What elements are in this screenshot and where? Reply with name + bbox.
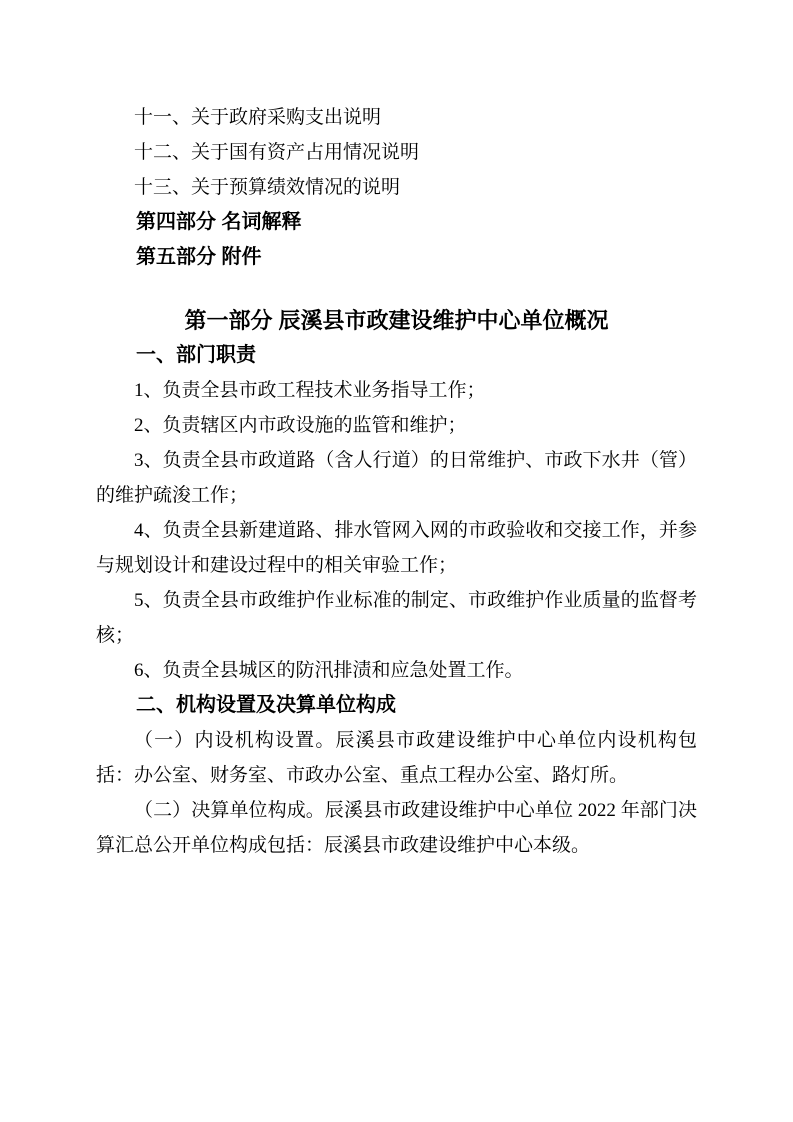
organization-section-heading: 二、机构设置及决算单位构成 (96, 688, 697, 723)
duty-item-5: 5、负责全县市政维护作业标准的制定、市政维护作业质量的监督考核； (96, 583, 697, 653)
duty-item-4: 4、负责全县新建道路、排水管网入网的市政验收和交接工作，并参与规划设计和建设过程… (96, 513, 697, 583)
organization-para-1: （一）内设机构设置。辰溪县市政建设维护中心单位内设机构包括：办公室、财务室、市政… (96, 723, 697, 793)
organization-para-2: （二）决算单位构成。辰溪县市政建设维护中心单位 2022 年部门决算汇总公开单位… (96, 793, 697, 863)
duty-item-6: 6、负责全县城区的防汛排渍和应急处置工作。 (96, 653, 697, 688)
toc-item-13: 十三、关于预算绩效情况的说明 (96, 170, 697, 205)
part-one-title: 第一部分 辰溪县市政建设维护中心单位概况 (96, 303, 697, 338)
duty-item-1: 1、负责全县市政工程技术业务指导工作； (96, 373, 697, 408)
toc-item-11: 十一、关于政府采购支出说明 (96, 100, 697, 135)
part-heading-five: 第五部分 附件 (96, 240, 697, 275)
duty-item-2: 2、负责辖区内市政设施的监管和维护； (96, 408, 697, 443)
document-page: 十一、关于政府采购支出说明 十二、关于国有资产占用情况说明 十三、关于预算绩效情… (0, 0, 793, 1122)
toc-item-12: 十二、关于国有资产占用情况说明 (96, 135, 697, 170)
duties-section-heading: 一、部门职责 (96, 338, 697, 373)
duty-item-3: 3、负责全县市政道路（含人行道）的日常维护、市政下水井（管）的维护疏浚工作； (96, 443, 697, 513)
part-heading-four: 第四部分 名词解释 (96, 205, 697, 240)
